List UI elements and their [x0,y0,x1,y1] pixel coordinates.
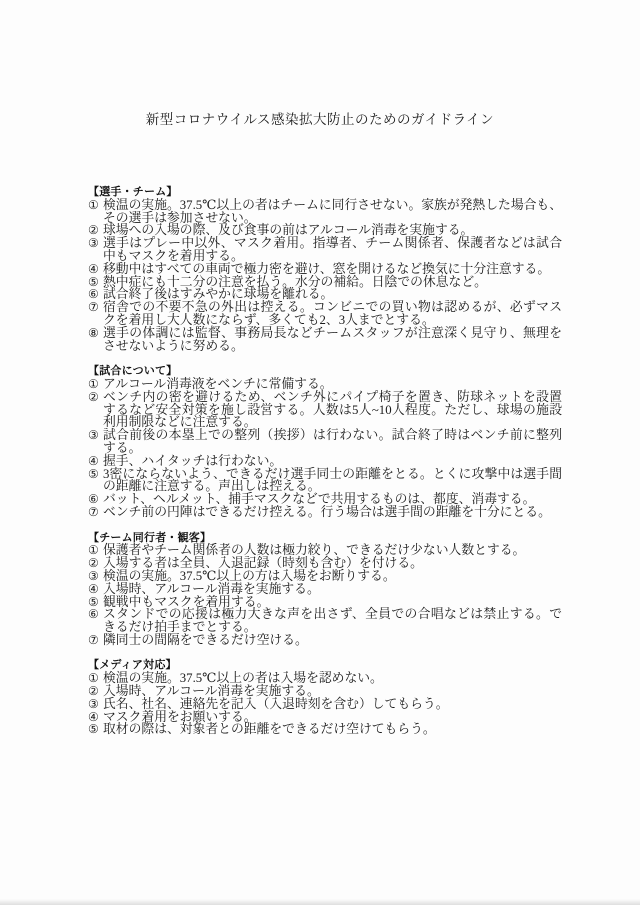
circled-number-marker: ⑥ [88,608,103,621]
circled-number-marker: ⑧ [88,327,103,340]
guideline-item: ⑦宿舎での不要不急の外出は控える。コンビニでの買い物は認めるが、必ずマスクを着用… [88,301,562,327]
page-bottom-edge [0,899,640,905]
item-text: 移動中はすべての車両で極力密を避け、窓を開けるなど換気に十分注意する。 [103,263,562,276]
guideline-item: ⑦隣同士の間隔をできるだけ空ける。 [88,634,562,647]
guideline-item: ⑤取材の際は、対象者との距離をできるだけ空けてもらう。 [88,723,562,736]
item-text: 取材の際は、対象者との距離をできるだけ空けてもらう。 [103,723,562,736]
circled-number-marker: ① [88,378,103,391]
guideline-item: ⑧選手の体調には監督、事務局長などチームスタッフが注意深く見守り、無理をさせない… [88,327,562,353]
guideline-item: ③氏名、社名、連絡先を記入（入退時刻を含む）してもらう。 [88,698,562,711]
item-text: 選手の体調には監督、事務局長などチームスタッフが注意深く見守り、無理をさせないよ… [103,327,562,353]
guideline-section: 【選手・チーム】①検温の実施。37.5℃以上の者はチームに同行させない。家族が発… [88,186,562,352]
circled-number-marker: ⑦ [88,506,103,519]
item-text: 氏名、社名、連絡先を記入（入退時刻を含む）してもらう。 [103,698,562,711]
document-title: 新型コロナウイルス感染拡大防止のためのガイドライン [0,0,640,130]
circled-number-marker: ④ [88,455,103,468]
item-text: 選手はプレー中以外、マスク着用。指導者、チーム関係者、保護者などは試合中もマスク… [103,237,562,263]
guideline-item: ②入場時、アルコール消毒を実施する。 [88,685,562,698]
item-list: ①アルコール消毒液をベンチに常備する。②ベンチ内の密を避けるため、ベンチ外にパイ… [88,378,562,519]
guideline-section: 【メディア対応】①検温の実施。37.5℃以上の者は入場を認めない。②入場時、アル… [88,659,562,736]
item-list: ①保護者やチーム関係者の人数は極力絞り、できるだけ少ない人数とする。②入場する者… [88,544,562,646]
item-text: 宿舎での不要不急の外出は控える。コンビニでの買い物は認めるが、必ずマスクを着用し… [103,301,562,327]
item-text: 入場時、アルコール消毒を実施する。 [103,685,562,698]
guideline-section: 【試合について】①アルコール消毒液をベンチに常備する。②ベンチ内の密を避けるため… [88,365,562,519]
guideline-item: ⑦ベンチ前の円陣はできるだけ控える。行う場合は選手間の距離を十分にとる。 [88,506,562,519]
circled-number-marker: ③ [88,698,103,711]
item-text: アルコール消毒液をベンチに常備する。 [103,378,562,391]
item-text: 隣同士の間隔をできるだけ空ける。 [103,634,562,647]
item-text: ベンチ前の円陣はできるだけ控える。行う場合は選手間の距離を十分にとる。 [103,506,562,519]
guideline-item: ③試合前後の本塁上での整列（挨拶）は行わない。試合終了時はベンチ前に整列する。 [88,429,562,455]
guideline-item: ③検温の実施。37.5℃以上の方は入場をお断りする。 [88,570,562,583]
circled-number-marker: ④ [88,583,103,596]
item-text: バット、ヘルメット、捕手マスクなどで共用するものは、都度、消毒する。 [103,493,562,506]
circled-number-marker: ⑤ [88,468,103,481]
circled-number-marker: ① [88,199,103,212]
circled-number-marker: ⑦ [88,634,103,647]
section-heading: 【選手・チーム】 [88,186,562,199]
item-text: 入場する者は全員、入退記録（時刻も含む）を付ける。 [103,557,562,570]
circled-number-marker: ② [88,557,103,570]
guideline-item: ③選手はプレー中以外、マスク着用。指導者、チーム関係者、保護者などは試合中もマス… [88,237,562,263]
guideline-item: ④移動中はすべての車両で極力密を避け、窓を開けるなど換気に十分注意する。 [88,263,562,276]
circled-number-marker: ⑤ [88,723,103,736]
item-text: ベンチ内の密を避けるため、ベンチ外にパイプ椅子を置き、防球ネットを設置するなど安… [103,391,562,429]
guideline-item: ⑥スタンドでの応援は極力大きな声を出さず、全員での合唱などは禁止する。できるだけ… [88,608,562,634]
item-text: 検温の実施。37.5℃以上の方は入場をお断りする。 [103,570,562,583]
item-text: 検温の実施。37.5℃以上の者はチームに同行させない。家族が発熱した場合も、その… [103,199,562,225]
guideline-item: ④握手、ハイタッチは行わない。 [88,455,562,468]
item-list: ①検温の実施。37.5℃以上の者はチームに同行させない。家族が発熱した場合も、そ… [88,199,562,353]
circled-number-marker: ② [88,685,103,698]
guideline-item: ②入場する者は全員、入退記録（時刻も含む）を付ける。 [88,557,562,570]
item-text: 試合前後の本塁上での整列（挨拶）は行わない。試合終了時はベンチ前に整列する。 [103,429,562,455]
circled-number-marker: ③ [88,570,103,583]
circled-number-marker: ④ [88,263,103,276]
guideline-item: ①アルコール消毒液をベンチに常備する。 [88,378,562,391]
circled-number-marker: ⑦ [88,301,103,314]
document-page: 新型コロナウイルス感染拡大防止のためのガイドライン 【選手・チーム】①検温の実施… [0,0,640,905]
circled-number-marker: ⑥ [88,493,103,506]
circled-number-marker: ③ [88,237,103,250]
guideline-item: ①検温の実施。37.5℃以上の者はチームに同行させない。家族が発熱した場合も、そ… [88,199,562,225]
guideline-item: ⑥バット、ヘルメット、捕手マスクなどで共用するものは、都度、消毒する。 [88,493,562,506]
circled-number-marker: ② [88,391,103,404]
item-text: 握手、ハイタッチは行わない。 [103,455,562,468]
item-text: 3密にならないよう、できるだけ選手同士の距離をとる。とくに攻撃中は選手間の距離に… [103,468,562,494]
guideline-item: ②ベンチ内の密を避けるため、ベンチ外にパイプ椅子を置き、防球ネットを設置するなど… [88,391,562,429]
item-text: スタンドでの応援は極力大きな声を出さず、全員での合唱などは禁止する。できるだけ拍… [103,608,562,634]
document-body: 【選手・チーム】①検温の実施。37.5℃以上の者はチームに同行させない。家族が発… [88,186,562,736]
item-list: ①検温の実施。37.5℃以上の者は入場を認めない。②入場時、アルコール消毒を実施… [88,672,562,736]
guideline-item: ④入場時、アルコール消毒を実施する。 [88,583,562,596]
item-text: 入場時、アルコール消毒を実施する。 [103,583,562,596]
circled-number-marker: ③ [88,429,103,442]
guideline-item: ⑤3密にならないよう、できるだけ選手同士の距離をとる。とくに攻撃中は選手間の距離… [88,468,562,494]
guideline-section: 【チーム同行者・観客】①保護者やチーム関係者の人数は極力絞り、できるだけ少ない人… [88,532,562,647]
